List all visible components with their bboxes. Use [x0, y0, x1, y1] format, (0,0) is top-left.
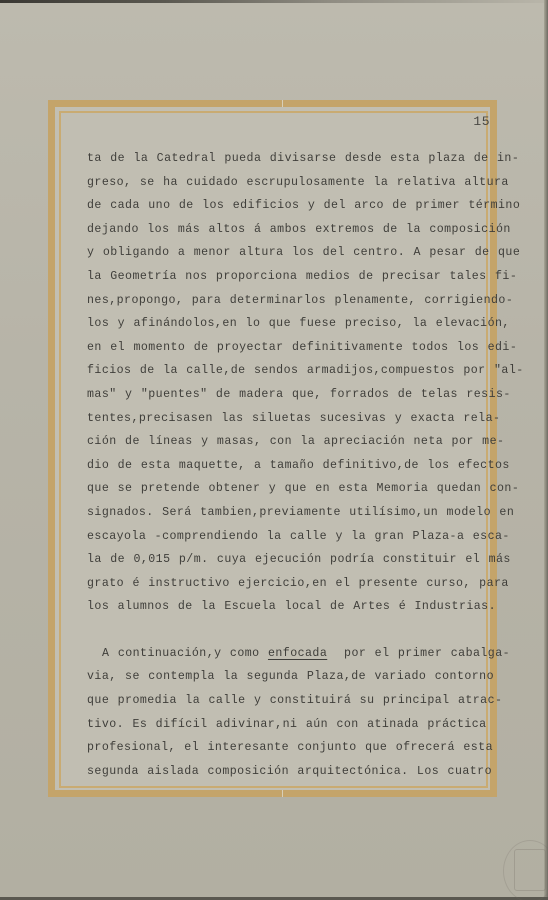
text-line: dio de esta maquette, a tamaño definitiv…	[87, 454, 487, 478]
typewritten-text: ta de la Catedral pueda divisarse desde …	[87, 147, 487, 783]
text-line: escayola -comprendiendo la calle y la gr…	[87, 525, 487, 549]
scan-edge-top	[0, 0, 548, 3]
text-line: profesional, el interesante conjunto que…	[87, 736, 487, 760]
text-line: en el momento de proyectar definitivamen…	[87, 336, 487, 360]
text-line: tentes,precisasen las siluetas sucesivas…	[87, 407, 487, 431]
scanned-page: 15 ta de la Catedral pueda divisarse des…	[0, 0, 548, 900]
text-line: que promedia la calle y constituirá su p…	[87, 689, 487, 713]
text-line: nes,propongo, para determinarlos plename…	[87, 289, 487, 313]
frame-joint-bottom	[282, 790, 283, 797]
text-line: mas" y "puentes" de madera que, forrados…	[87, 383, 487, 407]
text-line: que se pretende obtener y que en esta Me…	[87, 477, 487, 501]
text-line: la de 0,015 p/m. cuya ejecución podría c…	[87, 548, 487, 572]
text-line: signados. Será tambien,previamente utilí…	[87, 501, 487, 525]
text-line: dejando los más altos á ambos extremos d…	[87, 218, 487, 242]
text-line: los y afinándolos,en lo que fuese precis…	[87, 312, 487, 336]
text-line: ficios de la calle,de sendos armadijos,c…	[87, 359, 487, 383]
text-segment: A continuación,y como	[102, 647, 268, 660]
text-line: grato é instructivo ejercicio,en el pres…	[87, 572, 487, 596]
text-line: ción de líneas y masas, con la apreciaci…	[87, 430, 487, 454]
text-line: y obligando a menor altura los del centr…	[87, 241, 487, 265]
seal-shield-icon	[514, 849, 546, 891]
text-line: segunda aislada composición arquitectóni…	[87, 760, 487, 784]
archive-seal-stamp-icon	[503, 840, 548, 900]
text-line: de cada uno de los edificios y del arco …	[87, 194, 487, 218]
text-line: tivo. Es difícil adivinar,ni aún con ati…	[87, 713, 487, 737]
paragraph-2-first-line: A continuación,y como enfocada por el pr…	[87, 642, 487, 666]
text-line: ta de la Catedral pueda divisarse desde …	[87, 147, 487, 171]
text-line: los alumnos de la Escuela local de Artes…	[87, 595, 487, 619]
scan-edge-right	[544, 0, 548, 900]
paragraph-gap	[87, 619, 487, 642]
text-line: la Geometría nos proporciona medios de p…	[87, 265, 487, 289]
frame-joint-top	[282, 100, 283, 107]
text-segment: por el primer cabalga-	[327, 647, 510, 660]
underlined-word: enfocada	[268, 647, 327, 660]
text-line: greso, se ha cuidado escrupulosamente la…	[87, 171, 487, 195]
text-line: via, se contempla la segunda Plaza,de va…	[87, 665, 487, 689]
page-number: 15	[473, 114, 490, 129]
